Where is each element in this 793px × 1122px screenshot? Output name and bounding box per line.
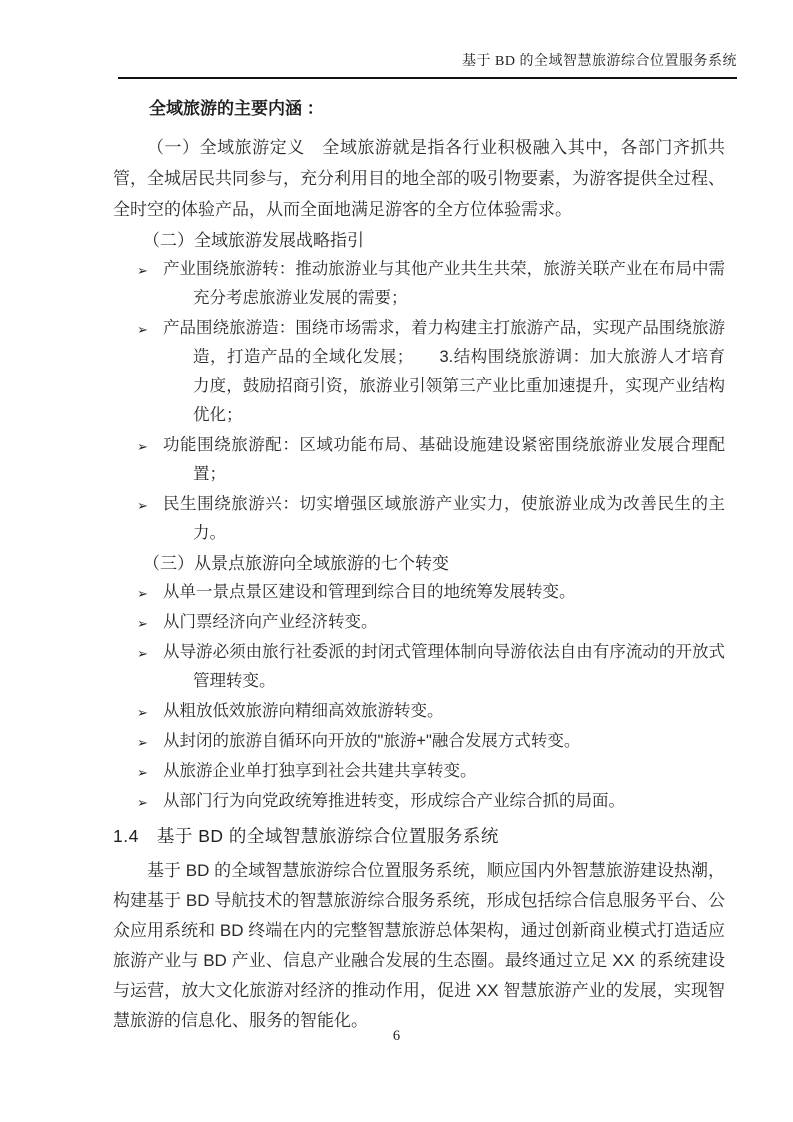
- page-footer: 6: [0, 1028, 793, 1045]
- list-item: ➢ 民生围绕旅游兴：切实增强区域旅游产业实力，使旅游业成为改善民生的主力。: [113, 490, 725, 548]
- arrow-bullet-icon: ➢: [137, 728, 148, 757]
- section-paragraph: 基于 BD 的全域智慧旅游综合位置服务系统，顺应国内外智慧旅游建设热潮，构建基于…: [113, 856, 725, 1036]
- strategy-bullet-list: ➢ 产业围绕旅游转：推动旅游业与其他产业共生共荣，旅游关联产业在布局中需充分考虑…: [113, 255, 725, 548]
- list-item-text: 从单一景点景区建设和管理到综合目的地统筹发展转变。: [163, 583, 576, 601]
- document-page: 基于 BD 的全域智慧旅游综合位置服务系统 全域旅游的主要内涵 ： （一）全域旅…: [0, 0, 793, 1122]
- section-heading-1-4: 1.4基于 BD 的全域智慧旅游综合位置服务系统: [113, 822, 725, 850]
- list-item: ➢ 产业围绕旅游转：推动旅游业与其他产业共生共荣，旅游关联产业在布局中需充分考虑…: [113, 255, 725, 313]
- arrow-bullet-icon: ➢: [137, 758, 148, 787]
- list-item: ➢ 从粗放低效旅游向精细高效旅游转变。: [113, 697, 725, 726]
- list-item-text: 产品围绕旅游造：围绕市场需求，着力构建主打旅游产品，实现产品围绕旅游造，打造产品…: [163, 319, 725, 424]
- document-body: 全域旅游的主要内涵 ： （一）全域旅游定义 全域旅游就是指各行业积极融入其中，各…: [113, 96, 725, 1036]
- list-item: ➢ 从门票经济向产业经济转变。: [113, 608, 725, 637]
- list-item-text: 从粗放低效旅游向精细高效旅游转变。: [163, 702, 444, 720]
- list-item: ➢ 从导游必须由旅行社委派的封闭式管理体制向导游依法自由有序流动的开放式管理转变…: [113, 638, 725, 696]
- arrow-bullet-icon: ➢: [137, 491, 148, 520]
- arrow-bullet-icon: ➢: [137, 609, 148, 638]
- running-title: 基于 BD 的全域智慧旅游综合位置服务系统: [462, 54, 737, 69]
- list-item-text: 从门票经济向产业经济转变。: [163, 613, 378, 631]
- list-item-text: 功能围绕旅游配：区域功能布局、基础设施建设紧密围绕旅游业发展合理配置；: [163, 436, 725, 483]
- header-rule-divider: [118, 77, 737, 79]
- list-item: ➢ 从旅游企业单打独享到社会共建共享转变。: [113, 757, 725, 786]
- list-item-text: 产业围绕旅游转：推动旅游业与其他产业共生共荣，旅游关联产业在布局中需充分考虑旅游…: [163, 260, 725, 307]
- arrow-bullet-icon: ➢: [137, 788, 148, 817]
- list-item-text: 从导游必须由旅行社委派的封闭式管理体制向导游依法自由有序流动的开放式管理转变。: [163, 643, 725, 690]
- list-item-text: 从部门行为向党政统筹推进转变，形成综合产业综合抓的局面。: [163, 792, 625, 810]
- list-item: ➢ 产品围绕旅游造：围绕市场需求，着力构建主打旅游产品，实现产品围绕旅游造，打造…: [113, 314, 725, 430]
- arrow-bullet-icon: ➢: [137, 698, 148, 727]
- arrow-bullet-icon: ➢: [137, 639, 148, 668]
- list-item: ➢ 从单一景点景区建设和管理到综合目的地统筹发展转变。: [113, 578, 725, 607]
- definition-paragraph: （一）全域旅游定义 全域旅游就是指各行业积极融入其中，各部门齐抓共管，全城居民共…: [113, 132, 725, 225]
- arrow-bullet-icon: ➢: [137, 315, 148, 344]
- page-header: 基于 BD 的全域智慧旅游综合位置服务系统: [118, 50, 737, 70]
- section-title: 基于 BD 的全域智慧旅游综合位置服务系统: [157, 826, 499, 846]
- arrow-bullet-icon: ➢: [137, 579, 148, 608]
- section-number: 1.4: [113, 826, 139, 846]
- list-item-text: 从旅游企业单打独享到社会共建共享转变。: [163, 762, 477, 780]
- arrow-bullet-icon: ➢: [137, 256, 148, 285]
- list-item: ➢ 从部门行为向党政统筹推进转变，形成综合产业综合抓的局面。: [113, 787, 725, 816]
- list-item: ➢ 功能围绕旅游配：区域功能布局、基础设施建设紧密围绕旅游业发展合理配置；: [113, 431, 725, 489]
- list-item: ➢ 从封闭的旅游自循环向开放的"旅游+"融合发展方式转变。: [113, 727, 725, 756]
- transform-subheading: （三）从景点旅游向全域旅游的七个转变: [113, 550, 725, 578]
- page-number: 6: [393, 1028, 400, 1044]
- arrow-bullet-icon: ➢: [137, 432, 148, 461]
- list-item-text: 从封闭的旅游自循环向开放的"旅游+"融合发展方式转变。: [163, 732, 580, 750]
- strategy-subheading: （二）全域旅游发展战略指引: [113, 227, 725, 255]
- list-item-text: 民生围绕旅游兴：切实增强区域旅游产业实力，使旅游业成为改善民生的主力。: [163, 495, 725, 542]
- intro-heading: 全域旅游的主要内涵 ：: [113, 96, 725, 122]
- transform-bullet-list: ➢ 从单一景点景区建设和管理到综合目的地统筹发展转变。 ➢ 从门票经济向产业经济…: [113, 578, 725, 816]
